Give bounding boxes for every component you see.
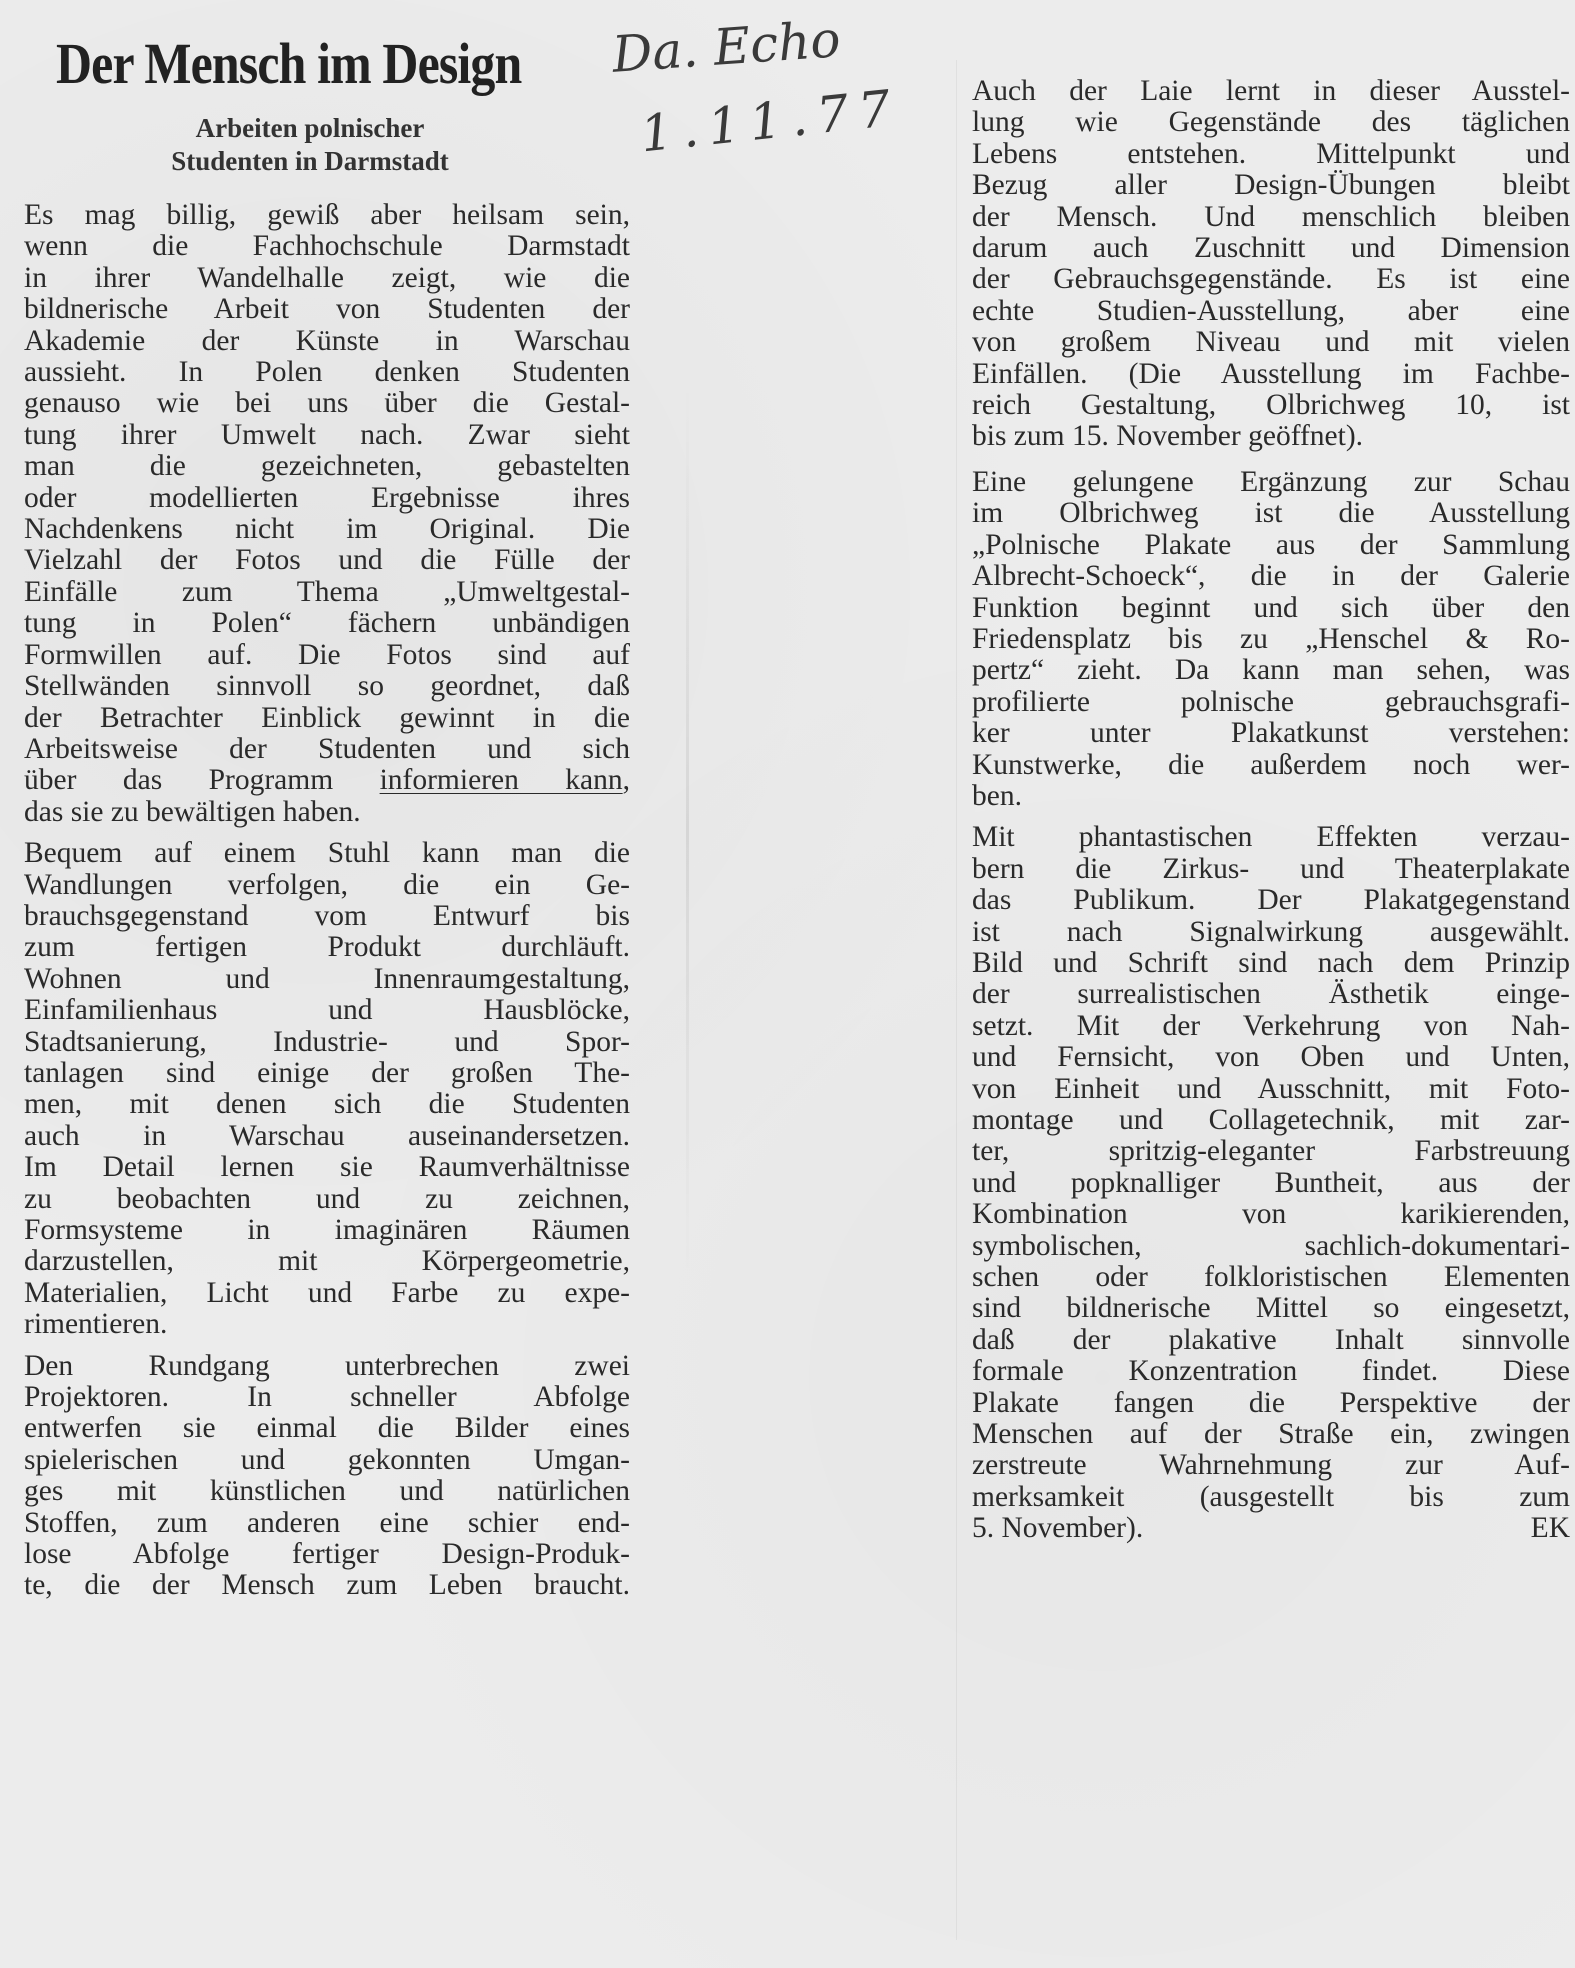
text-line: darum auch Zuschnitt und Dimension (972, 233, 1570, 264)
handwritten-source-note: Da. Echo (610, 10, 842, 84)
underlined-phrase: informieren kann (380, 764, 623, 796)
paragraph: Den Rundgang unterbrechen zwei Projektor… (24, 1351, 630, 1602)
text-line: der Mensch. Und menschlich bleiben (972, 202, 1570, 233)
text-line: genauso wie bei uns über die Gestal- (24, 388, 630, 419)
text-line: Bequem auf einem Stuhl kann man die (24, 838, 630, 869)
paragraph: Bequem auf einem Stuhl kann man die Wand… (24, 838, 630, 1341)
text-line: entwerfen sie einmal die Bilder eines (24, 1413, 630, 1444)
text-line: Formsysteme in imaginären Räumen (24, 1215, 630, 1246)
text-line: profilierte polnische gebrauchsgrafi- (972, 687, 1570, 718)
newspaper-clipping: Der Mensch im Design Da. Echo 1.11.77 Ar… (0, 0, 1575, 1968)
text-line: ist nach Signalwirkung ausgewählt. (972, 917, 1570, 948)
text-line: und Fernsicht, von Oben und Unten, (972, 1042, 1570, 1073)
text-line: wenn die Fachhochschule Darmstadt (24, 231, 630, 262)
text-line: echte Studien-Ausstellung, aber eine (972, 296, 1570, 327)
text-line: Kunstwerke, die außerdem noch wer- (972, 750, 1570, 781)
text-line: oder modellierten Ergebnisse ihres (24, 483, 630, 514)
text-line: Eine gelungene Ergänzung zur Schau (972, 467, 1570, 498)
text-line: der surrealistischen Ästhetik einge- (972, 979, 1570, 1010)
paragraph: Mit phantastischen Effekten verzau- bern… (972, 822, 1570, 1544)
text-line: Friedensplatz bis zu „Henschel & Ro- (972, 624, 1570, 655)
closing-line: 5. November). EK (972, 1513, 1570, 1544)
text-line: bis zum 15. November geöffnet). (972, 421, 1570, 452)
text-line: Mit phantastischen Effekten verzau- (972, 822, 1570, 853)
text-line: Auch der Laie lernt in dieser Ausstel- (972, 76, 1570, 107)
text-line: daß der plakative Inhalt sinnvolle (972, 1325, 1570, 1356)
article-subheadline: Arbeiten polnischer Studenten in Darmsta… (100, 112, 520, 178)
text-line: Vielzahl der Fotos und die Fülle der (24, 545, 630, 576)
text-line: das Publikum. Der Plakatgegenstand (972, 885, 1570, 916)
text-line: Einfälle zum Thema „Umweltgestal- (24, 577, 630, 608)
text-line: aussieht. In Polen denken Studenten (24, 357, 630, 388)
text-line: Wohnen und Innenraumgestaltung, (24, 964, 630, 995)
text-line: lung wie Gegenstände des täglichen (972, 107, 1570, 138)
text-line: in ihrer Wandelhalle zeigt, wie die (24, 263, 630, 294)
paragraph: Auch der Laie lernt in dieser Ausstel- l… (972, 76, 1570, 453)
left-column: Es mag billig, gewiß aber heilsam sein, … (24, 200, 630, 1612)
text-line: formale Konzentration findet. Diese (972, 1356, 1570, 1387)
paragraph: Eine gelungene Ergänzung zur Schau im Ol… (972, 467, 1570, 812)
text-line: tanlagen sind einige der großen The- (24, 1058, 630, 1089)
text-line: Im Detail lernen sie Raumverhältnisse (24, 1152, 630, 1183)
text-line: Plakate fangen die Perspektive der (972, 1388, 1570, 1419)
text-line: ben. (972, 781, 1570, 812)
text-line: pertz“ zieht. Da kann man sehen, was (972, 655, 1570, 686)
text-line: Menschen auf der Straße ein, zwingen (972, 1419, 1570, 1450)
text-line: der Betrachter Einblick gewinnt in die (24, 703, 630, 734)
text-line: zum fertigen Produkt durchläuft. (24, 932, 630, 963)
text-line: Einfamilienhaus und Hausblöcke, (24, 995, 630, 1026)
text-line: auch in Warschau auseinandersetzen. (24, 1121, 630, 1152)
text-line: Bild und Schrift sind nach dem Prinzip (972, 948, 1570, 979)
text-line: der Gebrauchsgegenstände. Es ist eine (972, 264, 1570, 295)
text-line: ker unter Plakatkunst verstehen: (972, 718, 1570, 749)
text-line: Kombination von karikierenden, (972, 1199, 1570, 1230)
text-line: lose Abfolge fertiger Design-Produk- (24, 1539, 630, 1570)
right-column: Auch der Laie lernt in dieser Ausstel- l… (972, 76, 1570, 1555)
text-line: von großem Niveau und mit vielen (972, 327, 1570, 358)
text-line: darzustellen, mit Körpergeometrie, (24, 1246, 630, 1277)
text-line: setzt. Mit der Verkehrung von Nah- (972, 1011, 1570, 1042)
text-line: im Olbrichweg ist die Ausstellung (972, 498, 1570, 529)
author-signature: EK (1531, 1513, 1570, 1544)
text-line: Stoffen, zum anderen eine schier end- (24, 1508, 630, 1539)
text-line: te, die der Mensch zum Leben braucht. (24, 1570, 630, 1601)
text-line: Formwillen auf. Die Fotos sind auf (24, 640, 630, 671)
column-divider (956, 60, 957, 1940)
paper-fold-mark (686, 380, 689, 1280)
text-line: Albrecht-Schoeck“, die in der Galerie (972, 561, 1570, 592)
text-line: Materialien, Licht und Farbe zu expe- (24, 1278, 630, 1309)
text-line: montage und Collagetechnik, mit zar- (972, 1105, 1570, 1136)
text-line: brauchsgegenstand vom Entwurf bis (24, 901, 630, 932)
text-line: zerstreute Wahrnehmung zur Auf- (972, 1450, 1570, 1481)
text-line: Bezug aller Design-Übungen bleibt (972, 170, 1570, 201)
text-line-underlined: über das Programm informieren kann, (24, 765, 630, 796)
text-line: Stellwänden sinnvoll so geordnet, daß (24, 671, 630, 702)
text-line: Akademie der Künste in Warschau (24, 326, 630, 357)
text-line: Stadtsanierung, Industrie- und Spor- (24, 1027, 630, 1058)
text-line: ges mit künstlichen und natürlichen (24, 1476, 630, 1507)
text-line: Lebens entstehen. Mittelpunkt und (972, 139, 1570, 170)
text-line: symbolischen, sachlich-dokumentari- (972, 1231, 1570, 1262)
text-line: ter, spritzig-eleganter Farbstreuung (972, 1136, 1570, 1167)
text-line: Einfällen. (Die Ausstellung im Fachbe- (972, 359, 1570, 390)
handwritten-date-note: 1.11.77 (638, 79, 903, 164)
text-line: und popknalliger Buntheit, aus der (972, 1168, 1570, 1199)
text-line: von Einheit und Ausschnitt, mit Foto- (972, 1074, 1570, 1105)
text-line: tung ihrer Umwelt nach. Zwar sieht (24, 420, 630, 451)
text-line: „Polnische Plakate aus der Sammlung (972, 530, 1570, 561)
text-line: bildnerische Arbeit von Studenten der (24, 294, 630, 325)
text-line: Nachdenkens nicht im Original. Die (24, 514, 630, 545)
text-line: sind bildnerische Mittel so eingesetzt, (972, 1293, 1570, 1324)
text-line: schen oder folkloristischen Elementen (972, 1262, 1570, 1293)
text-line: rimentieren. (24, 1309, 630, 1340)
text-line: spielerischen und gekonnten Umgan- (24, 1445, 630, 1476)
text-line: bern die Zirkus- und Theaterplakate (972, 854, 1570, 885)
text-line: merksamkeit (ausgestellt bis zum (972, 1482, 1570, 1513)
text-line: reich Gestaltung, Olbrichweg 10, ist (972, 390, 1570, 421)
paragraph: Es mag billig, gewiß aber heilsam sein, … (24, 200, 630, 828)
text-line: das sie zu bewältigen haben. (24, 797, 630, 828)
text-line: 5. November). (972, 1513, 1143, 1544)
text-line: tung in Polen“ fächern unbändigen (24, 608, 630, 639)
text-line: Wandlungen verfolgen, die ein Ge- (24, 870, 630, 901)
text-line: zu beobachten und zu zeichnen, (24, 1184, 630, 1215)
text-line: Es mag billig, gewiß aber heilsam sein, (24, 200, 630, 231)
text-line: men, mit denen sich die Studenten (24, 1089, 630, 1120)
subheadline-line-2: Studenten in Darmstadt (100, 145, 520, 178)
text-line: Arbeitsweise der Studenten und sich (24, 734, 630, 765)
text-line: Den Rundgang unterbrechen zwei (24, 1351, 630, 1382)
subheadline-line-1: Arbeiten polnischer (100, 112, 520, 145)
article-headline: Der Mensch im Design (56, 30, 521, 97)
text-line: Projektoren. In schneller Abfolge (24, 1382, 630, 1413)
text-line: man die gezeichneten, gebastelten (24, 451, 630, 482)
text-line: Funktion beginnt und sich über den (972, 593, 1570, 624)
